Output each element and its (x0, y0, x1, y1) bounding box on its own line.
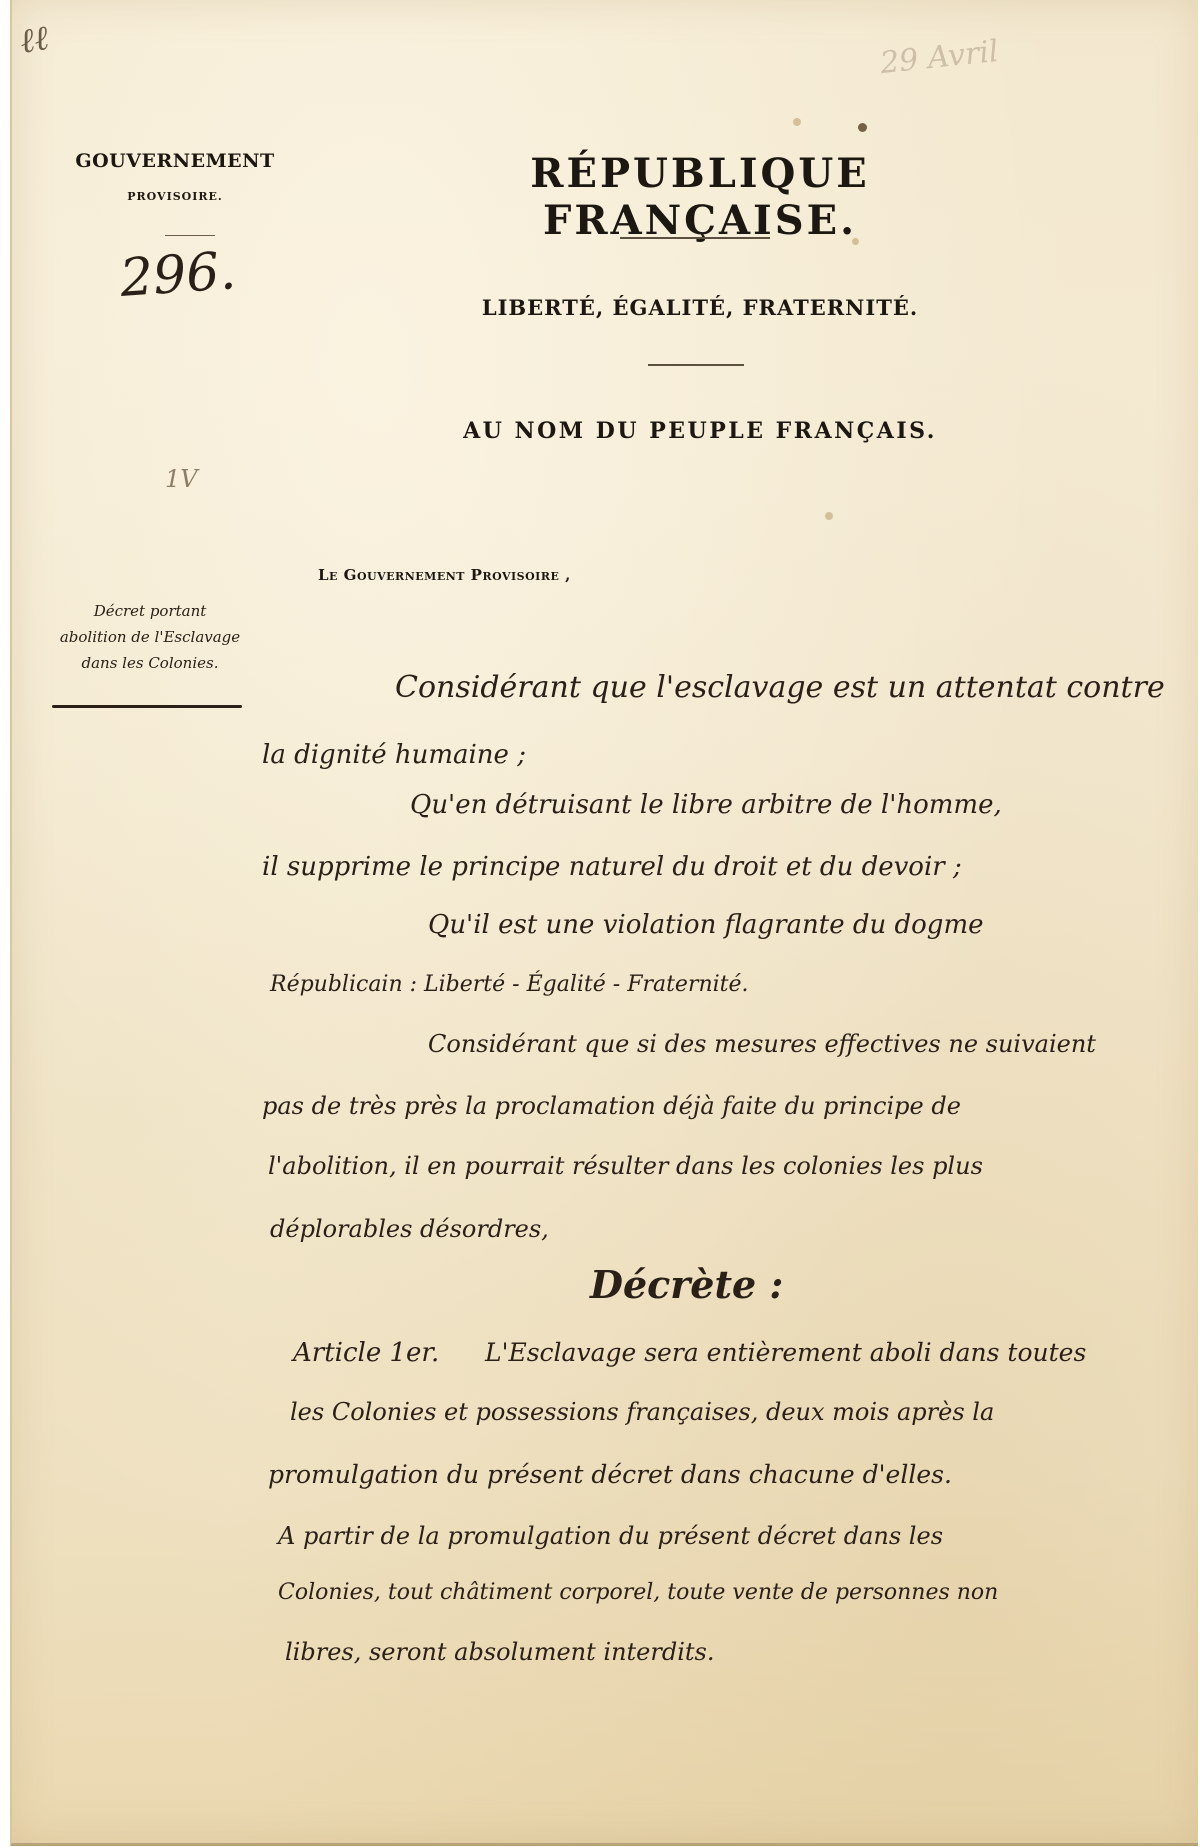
motto-divider (648, 364, 744, 366)
ink-stain (825, 512, 833, 520)
document-number: 296. (118, 241, 238, 309)
body-line: Considérant que l'esclavage est un atten… (395, 670, 1165, 705)
preamble-heading: Le Gouvernement Provisoire , (318, 566, 571, 584)
margin-note-line: dans les Colonies. (50, 650, 250, 676)
body-line: Considérant que si des mesures effective… (428, 1030, 1096, 1058)
article-line: promulgation du présent décret dans chac… (268, 1460, 952, 1489)
body-line: la dignité humaine ; (262, 740, 526, 770)
folio-mark: 1V (165, 465, 198, 493)
header-rule (165, 235, 215, 236)
article-line: Colonies, tout châtiment corporel, toute… (278, 1580, 998, 1605)
body-line: déplorables désordres, (270, 1215, 549, 1243)
article-line: A partir de la promulgation du présent d… (278, 1522, 943, 1550)
article-label: Article 1er. (293, 1338, 439, 1368)
margin-note-line: abolition de l'Esclavage (50, 624, 250, 650)
article-line: libres, seront absolument interdits. (285, 1638, 714, 1666)
body-line: il supprime le principe naturel du droit… (262, 852, 962, 882)
margin-note-line: Décret portant (50, 598, 250, 624)
article-line: L'Esclavage sera entièrement aboli dans … (485, 1338, 1086, 1367)
margin-note: Décret portant abolition de l'Esclavage … (50, 598, 250, 676)
body-line: Républicain : Liberté - Égalité - Frater… (270, 972, 749, 997)
decree-heading: Décrète : (590, 1262, 783, 1307)
government-title: GOUVERNEMENT (70, 150, 280, 172)
body-line: Qu'en détruisant le libre arbitre de l'h… (410, 790, 1002, 820)
republic-title: RÉPUBLIQUE FRANÇAISE. (380, 150, 1020, 244)
ink-stain (793, 118, 801, 126)
title-divider (620, 237, 770, 239)
body-line: l'abolition, il en pourrait résulter dan… (268, 1152, 983, 1180)
body-line: pas de très près la proclamation déjà fa… (262, 1092, 961, 1120)
article-line: les Colonies et possessions françaises, … (290, 1398, 994, 1426)
republic-motto: LIBERTÉ, ÉGALITÉ, FRATERNITÉ. (420, 295, 980, 320)
government-subtitle: PROVISOIRE. (70, 190, 280, 203)
ink-stain (858, 123, 867, 132)
body-line: Qu'il est une violation flagrante du dog… (428, 910, 983, 940)
margin-note-underline (52, 705, 242, 708)
invocation-line: AU NOM DU PEUPLE FRANÇAIS. (380, 418, 1020, 444)
